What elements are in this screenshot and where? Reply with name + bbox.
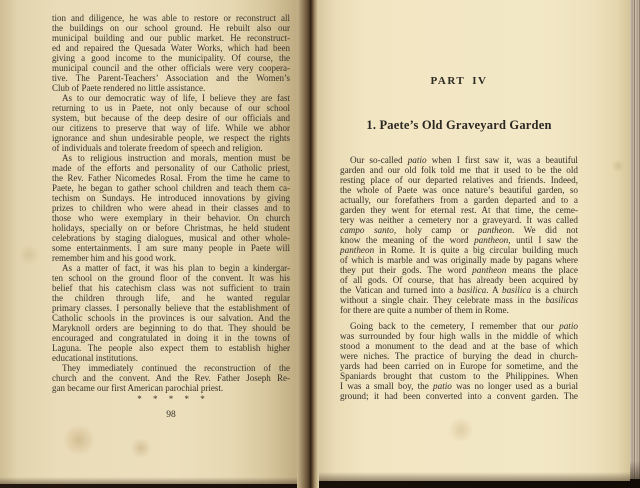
text-line: the Vatican and turned into a basilica. … <box>340 285 578 295</box>
paragraph: tion and diligence, he was able to resto… <box>52 13 290 93</box>
section-separator: * * * * * <box>52 394 290 404</box>
page-number: 98 <box>52 410 290 420</box>
text-line: ten school on the ground floor of the co… <box>52 273 290 283</box>
text-line: our citizens to preserve that way of lif… <box>52 123 290 133</box>
text-line: without a single chair. They celebrate m… <box>340 295 578 305</box>
italic-term: patio <box>559 321 578 331</box>
text-line: techism on Sundays. He introduced innova… <box>52 193 290 203</box>
text-line: the Rev. Father Nicomedes Rosal. From th… <box>52 173 290 183</box>
paragraph: As a matter of fact, it was his plan to … <box>52 263 290 363</box>
paragraph: They immediately continued the reconstru… <box>52 363 290 393</box>
text-line: church and the convent. And the Rev. Fat… <box>52 373 290 383</box>
italic-term: basilica <box>502 285 531 295</box>
text-line: returning to us in Paete, not only becau… <box>52 103 290 113</box>
italic-term: basilicas <box>545 295 578 305</box>
right-page-text: Our so-called patio when I first saw it,… <box>340 155 578 401</box>
text-line: Paete, he began to gather school childre… <box>52 183 290 193</box>
text-line: ed and repaired the Quesada Water Works,… <box>52 43 290 53</box>
foxing-spot <box>18 245 40 265</box>
text-line: Going back to the cemetery, I remember t… <box>340 321 578 331</box>
italic-term: patio <box>433 381 452 391</box>
text-line: was surrounded by four high walls in the… <box>340 331 578 341</box>
paragraph: Our so-called patio when I first saw it,… <box>340 155 578 315</box>
text-line: As a matter of fact, it was his plan to … <box>52 263 290 273</box>
text-line: system, but because of the deep desire o… <box>52 113 290 123</box>
foxing-spot <box>62 425 96 455</box>
paragraph: As to religious instruction and morals, … <box>52 153 290 263</box>
italic-term: pantheon <box>340 245 374 255</box>
book-gutter <box>297 0 319 488</box>
right-page: PART IV 1. Paete’s Old Graveyard Garden … <box>319 0 630 481</box>
text-line: they put their gods. The word pantheon m… <box>340 265 578 275</box>
text-line: were niches. The practice of burying the… <box>340 351 578 361</box>
text-line: giving a good income to the municipality… <box>52 53 290 63</box>
text-line: holidays, specially on or before Christm… <box>52 223 290 233</box>
text-line: prizes to children who were ahead in the… <box>52 203 290 213</box>
italic-term: pantheon <box>472 265 506 275</box>
text-line: ground; it had been converted into a con… <box>340 391 578 401</box>
part-heading: PART IV <box>340 75 578 87</box>
text-line: campo santo, holy camp or pantheon. We d… <box>340 225 578 235</box>
foxing-spot <box>447 418 475 442</box>
text-line: encouraged and congratulated in doing it… <box>52 333 290 343</box>
text-line: tive. The Parent-Teachers’ Association a… <box>52 73 290 83</box>
text-line: As to our democratic way of life, I beli… <box>52 93 290 103</box>
text-line: primary classes. I personally believe th… <box>52 303 290 313</box>
left-page-text: tion and diligence, he was able to resto… <box>52 13 290 393</box>
text-line: for there are quite a number of them in … <box>340 305 578 315</box>
text-line: Our so-called patio when I first saw it,… <box>340 155 578 165</box>
text-line: tery was neither a cemetery nor a gravey… <box>340 215 578 225</box>
text-line: Catholic schools in the provinces is our… <box>52 313 290 323</box>
text-line: ignorance and shun undesirable people, w… <box>52 133 290 143</box>
italic-term: patio <box>408 155 427 165</box>
text-line: As to religious instruction and morals, … <box>52 153 290 163</box>
text-line: of which is marble and was originally ma… <box>340 255 578 265</box>
text-line: They immediately continued the reconstru… <box>52 363 290 373</box>
text-line: educational institutions. <box>52 353 290 363</box>
text-line: actually, our forefathers from a garden … <box>340 195 578 205</box>
italic-term: pantheon <box>474 235 508 245</box>
text-line: I was a small boy, the patio was no long… <box>340 381 578 391</box>
text-line: of all gods. Of course, that has already… <box>340 275 578 285</box>
text-line: Spaniards brought that custom to the Phi… <box>340 371 578 381</box>
text-line: stood a monument to the dead and at the … <box>340 341 578 351</box>
text-line: celebrations by staging dialogues, music… <box>52 233 290 243</box>
text-line: garden they went for eternal rest. At th… <box>340 205 578 215</box>
text-line: know the meaning of the word pantheon, u… <box>340 235 578 245</box>
text-line: Maryknoll orders are beginning to do tha… <box>52 323 290 333</box>
open-book-photo: tion and diligence, he was able to resto… <box>0 0 640 488</box>
text-line: those who were exemplary in their behavi… <box>52 213 290 223</box>
text-line: remember him and his good work. <box>52 253 290 263</box>
page-edges <box>630 0 640 479</box>
foxing-spot <box>611 160 625 172</box>
text-line: pantheon in Rome. It is quite a big circ… <box>340 245 578 255</box>
foxing-spot <box>130 438 152 458</box>
text-line: gan became our first American parochial … <box>52 383 290 393</box>
text-line: Laguna. The people also expect them to e… <box>52 343 290 353</box>
text-line: of individuals and tolerate freedom of s… <box>52 143 290 153</box>
left-page: tion and diligence, he was able to resto… <box>0 0 297 484</box>
text-line: resting place of our departed relatives … <box>340 175 578 185</box>
text-line: Club of Paete rendered no little assista… <box>52 83 290 93</box>
text-line: yards had been carried on in Europe for … <box>340 361 578 371</box>
chapter-heading: 1. Paete’s Old Graveyard Garden <box>340 118 578 133</box>
text-line: municipal council and the other official… <box>52 63 290 73</box>
text-line: garden and our old folk told me that it … <box>340 165 578 175</box>
text-line: the whole of Paete was once nature’s bea… <box>340 185 578 195</box>
text-line: belief that his catechism class was not … <box>52 283 290 293</box>
italic-term: campo santo <box>340 225 394 235</box>
text-line: tion and diligence, he was able to resto… <box>52 13 290 23</box>
italic-term: pantheon <box>478 225 512 235</box>
text-line: some entertainments. I am sure many peop… <box>52 243 290 253</box>
text-line: made of the efforts and personality of o… <box>52 163 290 173</box>
italic-term: basilica <box>457 285 486 295</box>
text-line: the children through life, and he wanted… <box>52 293 290 303</box>
paragraph: Going back to the cemetery, I remember t… <box>340 321 578 401</box>
paragraph: As to our democratic way of life, I beli… <box>52 93 290 153</box>
text-line: municipal building and our public market… <box>52 33 290 43</box>
text-line: the buildings on our school ground. He r… <box>52 23 290 33</box>
